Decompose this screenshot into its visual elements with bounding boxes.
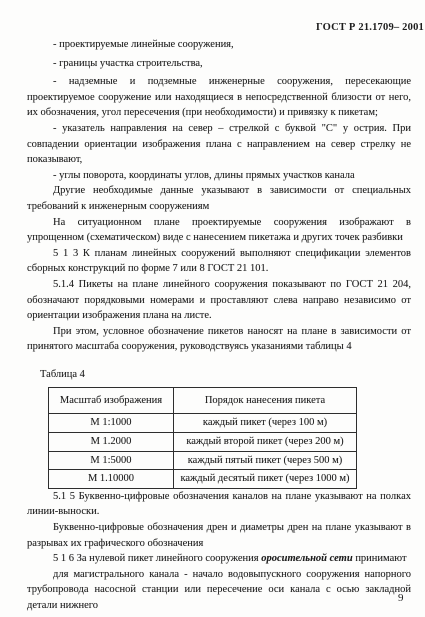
table-row: М 1:5000 каждый пятый пикет (через 500 м… [49, 451, 357, 470]
cell-picket-order: каждый пикет (через 100 м) [174, 414, 357, 433]
irrigation-network-term: оросительной сети [261, 553, 352, 564]
table-caption: Таблица 4 [27, 367, 411, 383]
table-row: М 1:1000 каждый пикет (через 100 м) [49, 414, 357, 433]
cell-picket-order: каждый пятый пикет (через 500 м) [174, 451, 357, 470]
paragraph-drain-designations: Буквенно-цифровые обозначения дрен и диа… [27, 520, 411, 551]
column-header-scale: Масштаб изображения [49, 388, 174, 414]
cell-scale: М 1.10000 [49, 470, 174, 489]
table-row: М 1.2000 каждый второй пикет (через 200 … [49, 433, 357, 452]
list-item-north-arrow: - указатель направления на север – стрел… [27, 121, 411, 168]
paragraph-other-data: Другие необходимые данные указывают в за… [27, 183, 411, 214]
paragraph-5-1-3: 5 1 3 К планам линейных сооружений выпол… [27, 246, 411, 277]
paragraph-5-1-6: 5 1 6 За нулевой пикет линейного сооруже… [27, 551, 411, 567]
table-row: М 1.10000 каждый десятый пикет (через 10… [49, 470, 357, 489]
cell-picket-order: каждый второй пикет (через 200 м) [174, 433, 357, 452]
document-page: ГОСТ Р 21.1709– 2001 - проектируемые лин… [0, 0, 425, 617]
list-item-projected-structures: - проектируемые линейные сооружения, [27, 37, 411, 53]
paragraph-main-canal: для магистрального канала - начало водов… [27, 567, 411, 614]
list-item-engineering-structures: - надземные и подземные инженерные соору… [27, 74, 411, 121]
cell-scale: М 1:1000 [49, 414, 174, 433]
column-header-picket-order: Порядок нанесения пикета [174, 388, 357, 414]
picket-table-header: Масштаб изображения Порядок нанесения пи… [49, 388, 357, 414]
document-body: - проектируемые линейные сооружения, - г… [27, 37, 411, 614]
paragraph-5-1-5: 5.1 5 Буквенно-цифровые обозначения кана… [27, 489, 411, 520]
paragraph-situational-plan: На ситуационном плане проектируемые соор… [27, 215, 411, 246]
cell-picket-order: каждый десятый пикет (через 1000 м) [174, 470, 357, 489]
paragraph-5-1-6-prefix: 5 1 6 За нулевой пикет линейного сооруже… [53, 553, 261, 564]
paragraph-5-1-4: 5.1.4 Пикеты на плане линейного сооружен… [27, 277, 411, 324]
cell-scale: М 1:5000 [49, 451, 174, 470]
paragraph-picket-designation: При этом, условное обозначение пикетов н… [27, 324, 411, 355]
list-item-site-boundaries: - границы участка строительства, [27, 56, 411, 72]
picket-table: Масштаб изображения Порядок нанесения пи… [48, 387, 357, 488]
standard-designation: ГОСТ Р 21.1709– 2001 [316, 22, 424, 33]
paragraph-5-1-6-suffix: принимают [353, 553, 407, 564]
cell-scale: М 1.2000 [49, 433, 174, 452]
page-number: 9 [398, 592, 404, 604]
list-item-turn-angles: - углы поворота, координаты углов, длины… [27, 168, 411, 184]
